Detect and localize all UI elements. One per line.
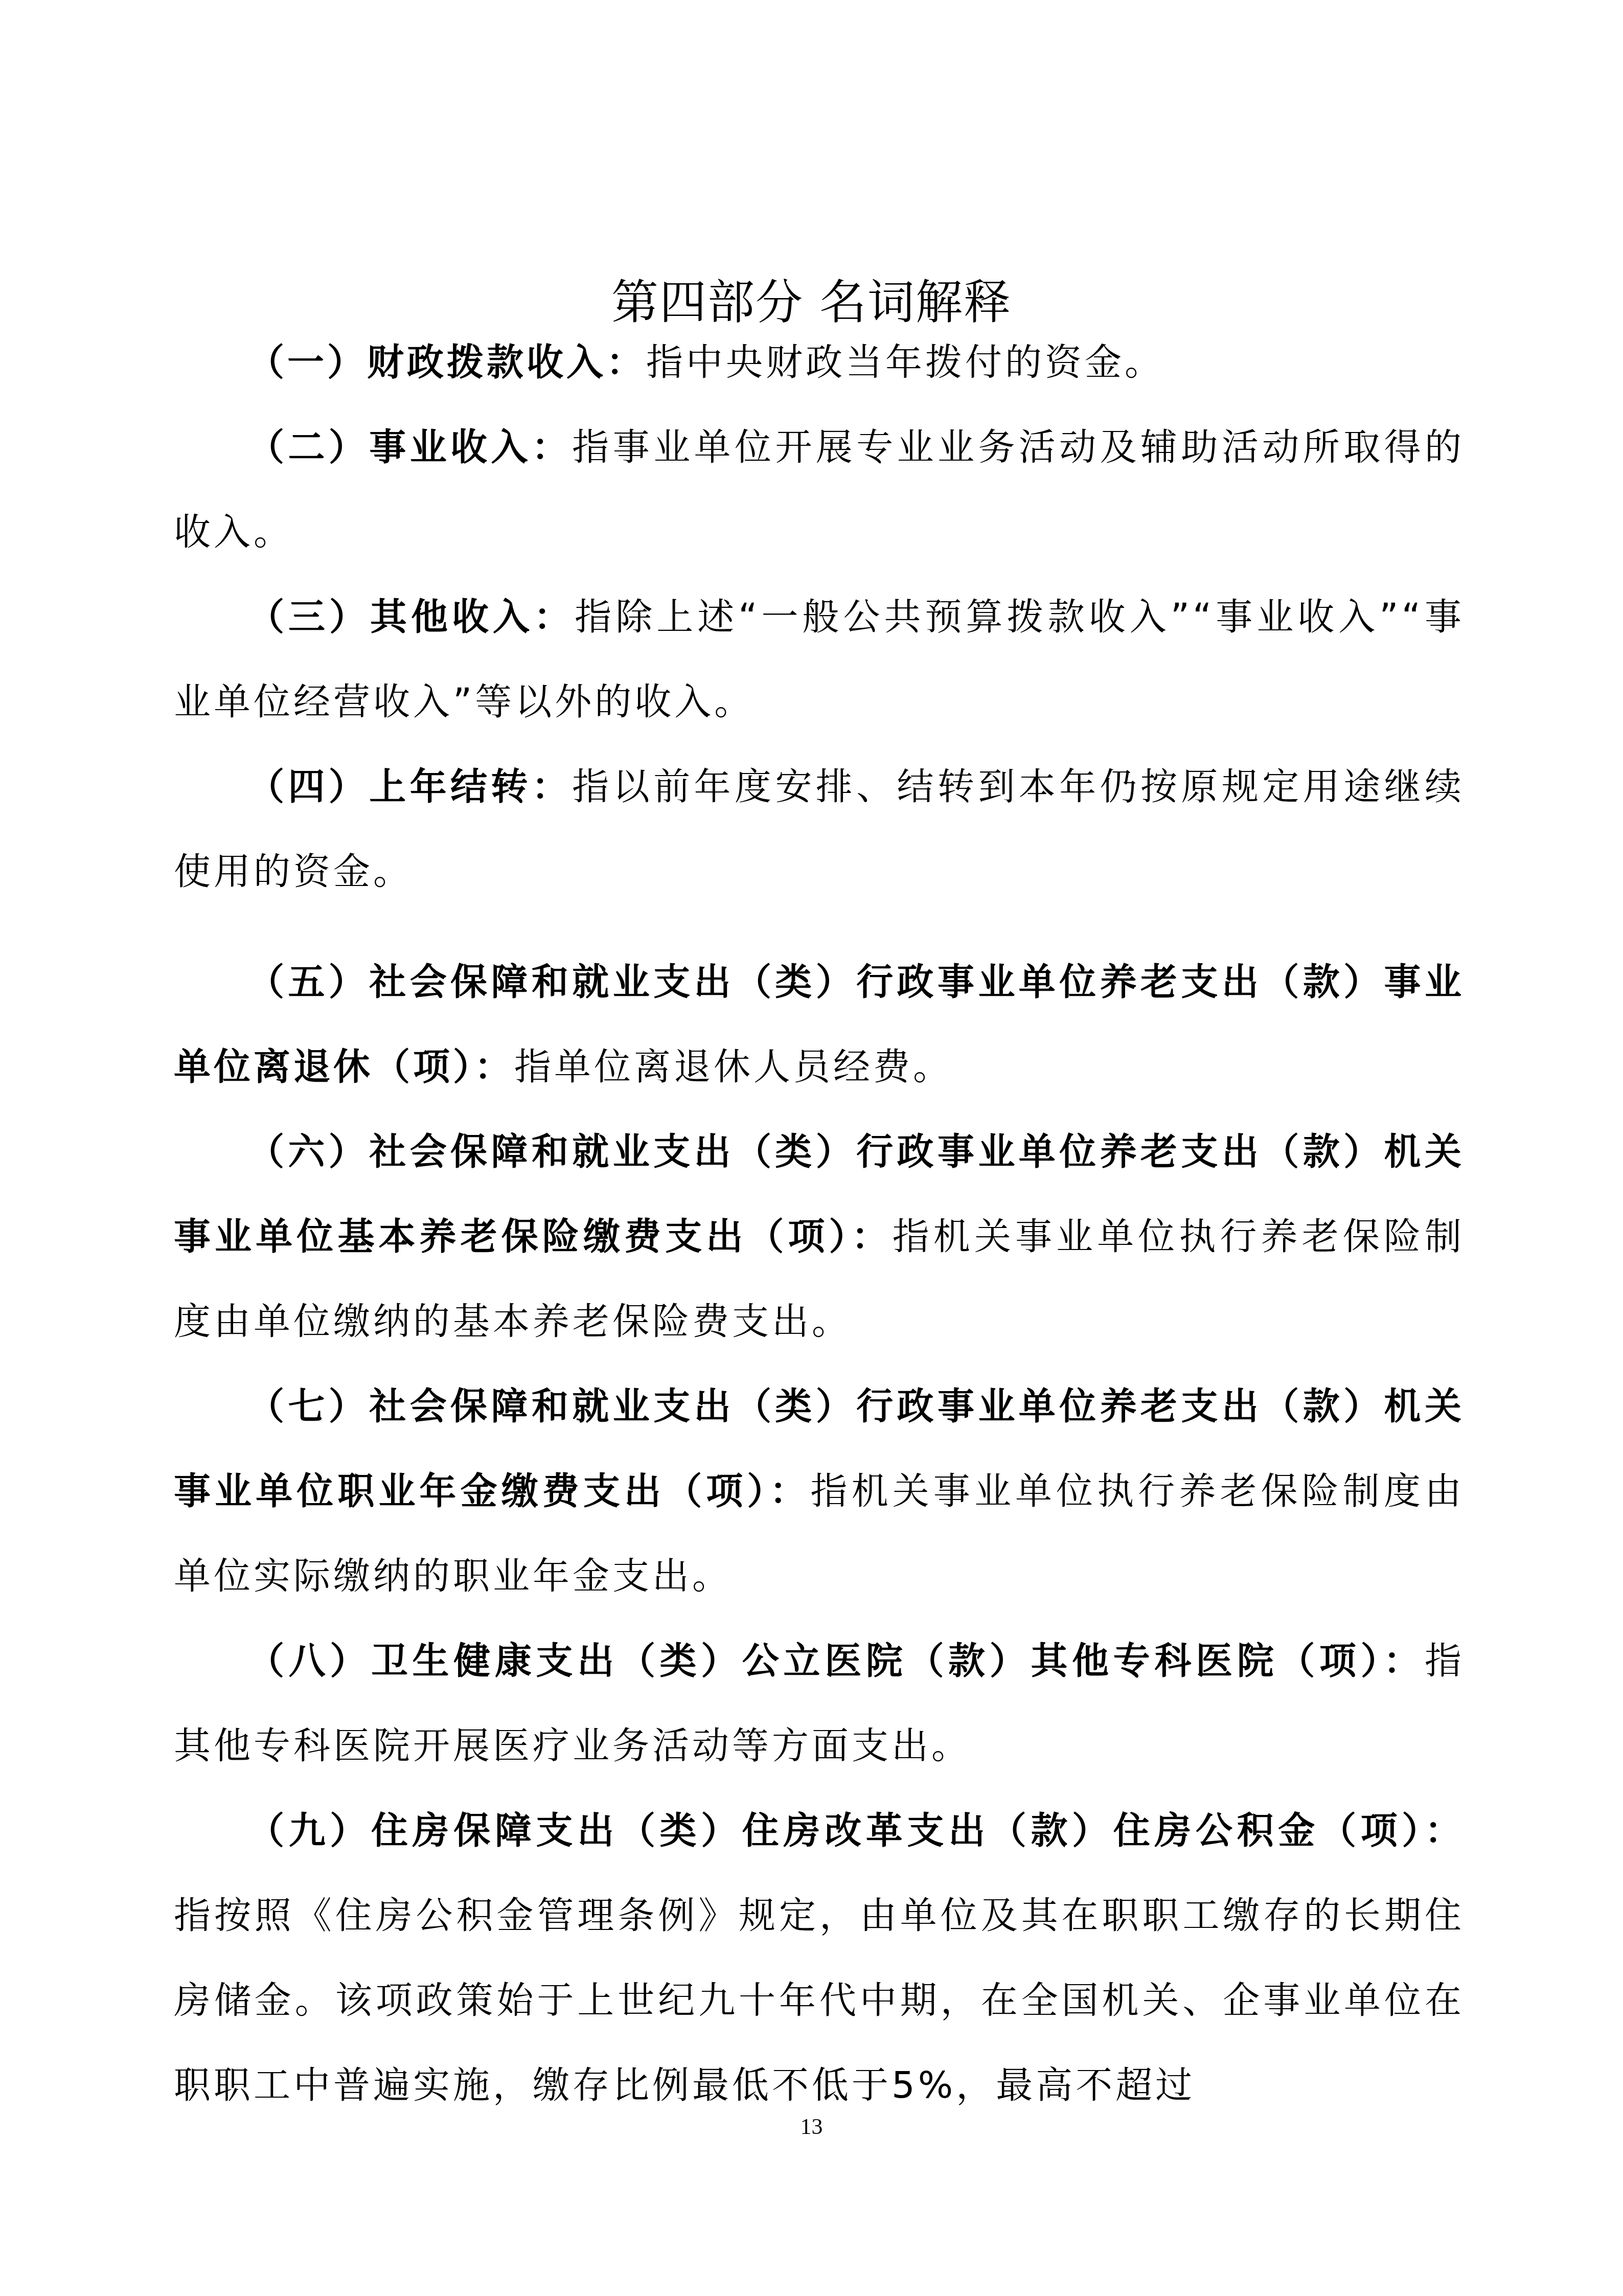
glossary-term: （二）事业收入： [247, 425, 572, 468]
glossary-term: （四）上年结转： [247, 765, 572, 808]
glossary-term: （九）住房保障支出（类）住房改革支出（款）住房公积金（项）： [247, 1809, 1465, 1852]
glossary-term: （一）财政拨款收入： [247, 340, 646, 383]
glossary-definition: 指按照《住房公积金管理条例》规定，由单位及其在职职工缴存的长期住房储金。该项政策… [174, 1894, 1465, 2106]
glossary-term: （三）其他收入： [247, 595, 575, 638]
glossary-entry-4: （四）上年结转：指以前年度安排、结转到本年仍按原规定用途继续使用的资金。 [174, 744, 1465, 914]
glossary-definition: 指单位离退休人员经费。 [514, 1045, 953, 1088]
glossary-entry-3: （三）其他收入：指除上述“一般公共预算拨款收入”“事业收入”“事业单位经营收入”… [174, 574, 1465, 744]
glossary-entry-9: （九）住房保障支出（类）住房改革支出（款）住房公积金（项）：指按照《住房公积金管… [174, 1788, 1465, 2127]
glossary-entry-5: （五）社会保障和就业支出（类）行政事业单位养老支出（款）事业单位离退休（项）：指… [174, 939, 1465, 1109]
glossary-body: （一）财政拨款收入：指中央财政当年拨付的资金。 （二）事业收入：指事业单位开展专… [174, 320, 1465, 2127]
glossary-entry-2: （二）事业收入：指事业单位开展专业业务活动及辅助活动所取得的收入。 [174, 404, 1465, 574]
page-number: 13 [0, 2114, 1623, 2140]
glossary-entry-7: （七）社会保障和就业支出（类）行政事业单位养老支出（款）机关事业单位职业年金缴费… [174, 1363, 1465, 1618]
glossary-definition: 指中央财政当年拨付的资金。 [646, 340, 1164, 383]
glossary-term: （八）卫生健康支出（类）公立医院（款）其他专科医院（项）： [247, 1639, 1425, 1682]
glossary-entry-8: （八）卫生健康支出（类）公立医院（款）其他专科医院（项）：指其他专科医院开展医疗… [174, 1618, 1465, 1788]
glossary-entry-1: （一）财政拨款收入：指中央财政当年拨付的资金。 [174, 320, 1465, 404]
glossary-entry-6: （六）社会保障和就业支出（类）行政事业单位养老支出（款）机关事业单位基本养老保险… [174, 1109, 1465, 1363]
document-page: 第四部分 名词解释 （一）财政拨款收入：指中央财政当年拨付的资金。 （二）事业收… [0, 0, 1623, 2296]
